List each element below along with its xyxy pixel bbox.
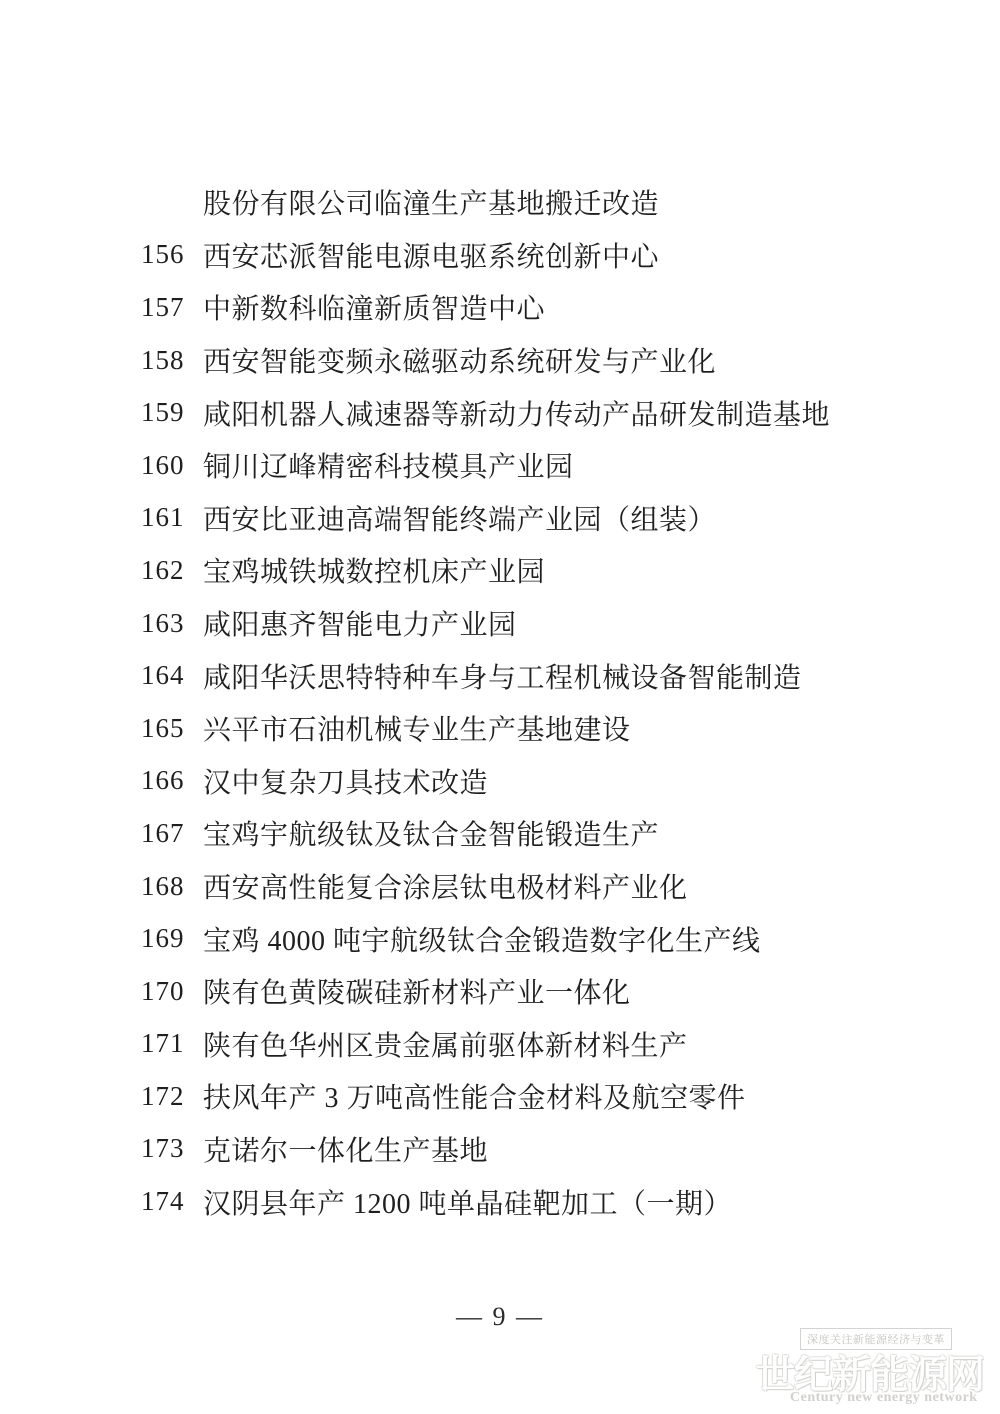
watermark-title: 世纪新能源网	[756, 1344, 984, 1400]
item-title: 宝鸡城铁城数控机床产业园	[203, 550, 545, 590]
item-title: 兴平市石油机械专业生产基地建设	[203, 708, 631, 748]
item-title: 中新数科临潼新质智造中心	[203, 287, 545, 327]
item-title: 西安高性能复合涂层钛电极材料产业化	[203, 866, 688, 906]
list-item: 165兴平市石油机械专业生产基地建设	[0, 702, 1000, 755]
list-item: 174汉阴县年产 1200 吨单晶硅靶加工（一期）	[0, 1175, 1000, 1228]
item-title: 扶风年产 3 万吨高性能合金材料及航空零件	[203, 1076, 746, 1116]
list-item: 170陕有色黄陵碳硅新材料产业一体化	[0, 965, 1000, 1018]
list-item: 171陕有色华州区贵金属前驱体新材料生产	[0, 1018, 1000, 1071]
watermark: 深度关注新能源经济与变革 世纪新能源网 Century new energy n…	[756, 1328, 996, 1414]
item-title: 宝鸡 4000 吨宇航级钛合金锻造数字化生产线	[203, 919, 761, 959]
list-item: 172扶风年产 3 万吨高性能合金材料及航空零件	[0, 1070, 1000, 1123]
list-item: 164咸阳华沃思特特种车身与工程机械设备智能制造	[0, 649, 1000, 702]
item-title: 铜川辽峰精密科技模具产业园	[203, 445, 574, 485]
item-number: 168	[141, 871, 203, 902]
item-title: 西安智能变频永磁驱动系统研发与产业化	[203, 340, 716, 380]
item-title: 陕有色华州区贵金属前驱体新材料生产	[203, 1024, 688, 1064]
list-item: 163咸阳惠齐智能电力产业园	[0, 597, 1000, 650]
list-item: 169宝鸡 4000 吨宇航级钛合金锻造数字化生产线	[0, 912, 1000, 965]
item-number: 156	[141, 239, 203, 270]
item-number: 162	[141, 555, 203, 586]
item-number: 159	[141, 397, 203, 428]
item-title: 宝鸡宇航级钛及钛合金智能锻造生产	[203, 813, 659, 853]
list-item: 167宝鸡宇航级钛及钛合金智能锻造生产	[0, 807, 1000, 860]
document-page: 股份有限公司临潼生产基地搬迁改造 156西安芯派智能电源电驱系统创新中心157中…	[0, 0, 1000, 1414]
list-item: 156西安芯派智能电源电驱系统创新中心	[0, 229, 1000, 282]
item-number: 163	[141, 608, 203, 639]
item-title: 咸阳机器人减速器等新动力传动产品研发制造基地	[203, 393, 830, 433]
item-number: 166	[141, 765, 203, 796]
list-item: 157中新数科临潼新质智造中心	[0, 281, 1000, 334]
item-title: 西安比亚迪高端智能终端产业园（组装）	[203, 498, 716, 538]
item-title: 汉阴县年产 1200 吨单晶硅靶加工（一期）	[203, 1182, 732, 1222]
item-number: 158	[141, 345, 203, 376]
item-title: 股份有限公司临潼生产基地搬迁改造	[203, 182, 659, 222]
list-item: 159咸阳机器人减速器等新动力传动产品研发制造基地	[0, 386, 1000, 439]
item-number: 174	[141, 1186, 203, 1217]
list-item: 160铜川辽峰精密科技模具产业园	[0, 439, 1000, 492]
watermark-subtitle: Century new energy network	[790, 1390, 978, 1406]
list-item: 162宝鸡城铁城数控机床产业园	[0, 544, 1000, 597]
item-number: 173	[141, 1133, 203, 1164]
list-item: 161西安比亚迪高端智能终端产业园（组装）	[0, 492, 1000, 545]
item-number: 167	[141, 818, 203, 849]
item-title: 克诺尔一体化生产基地	[203, 1129, 488, 1169]
list-item-continuation: 股份有限公司临潼生产基地搬迁改造	[0, 176, 1000, 229]
item-number: 157	[141, 292, 203, 323]
item-number: 172	[141, 1081, 203, 1112]
project-list: 股份有限公司临潼生产基地搬迁改造 156西安芯派智能电源电驱系统创新中心157中…	[0, 176, 1000, 1228]
item-title: 西安芯派智能电源电驱系统创新中心	[203, 235, 659, 275]
item-title: 陕有色黄陵碳硅新材料产业一体化	[203, 971, 631, 1011]
item-number: 170	[141, 976, 203, 1007]
item-number: 160	[141, 450, 203, 481]
list-item: 168西安高性能复合涂层钛电极材料产业化	[0, 860, 1000, 913]
item-number: 171	[141, 1028, 203, 1059]
item-title: 汉中复杂刀具技术改造	[203, 761, 488, 801]
list-item: 173克诺尔一体化生产基地	[0, 1123, 1000, 1176]
item-number: 165	[141, 713, 203, 744]
list-item: 158西安智能变频永磁驱动系统研发与产业化	[0, 334, 1000, 387]
item-title: 咸阳惠齐智能电力产业园	[203, 603, 517, 643]
item-number: 169	[141, 923, 203, 954]
item-title: 咸阳华沃思特特种车身与工程机械设备智能制造	[203, 656, 802, 696]
list-item: 166汉中复杂刀具技术改造	[0, 755, 1000, 808]
item-number: 164	[141, 660, 203, 691]
page-number: — 9 —	[0, 1302, 1000, 1332]
item-number: 161	[141, 502, 203, 533]
